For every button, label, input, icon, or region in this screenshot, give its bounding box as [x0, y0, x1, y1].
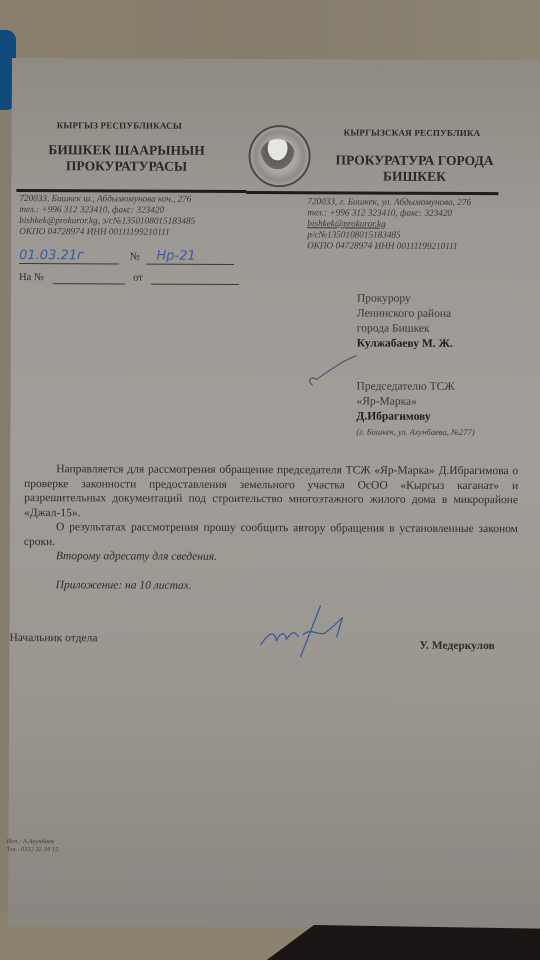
executor-footer: Исп.: А.Акунбаев Тел.: 0312 32 34 15	[7, 838, 59, 854]
header-divider-right	[246, 191, 498, 195]
on-no-label: На №	[19, 272, 44, 283]
letterhead-left-org-line1: БИШКЕК ШААРЫНЫН	[42, 142, 212, 159]
letterhead-left-country: КЫРГЫЗ РЕСПУБЛИКАСЫ	[57, 120, 182, 131]
attachment-note: Приложение: на 10 листах.	[24, 578, 518, 595]
signatory-position: Начальник отдела	[9, 632, 97, 644]
address-line: тел.: +996 312 323410, факс: 323420	[19, 204, 195, 216]
address-line: ОКПО 04728974 ИНН 00111199210111	[307, 240, 471, 252]
email-link: bishkek@prokuror.kg	[307, 218, 385, 228]
recipient-line: Председателю ТСЖ	[357, 380, 475, 396]
state-emblem-icon	[248, 125, 310, 187]
address-line: 720033, Бишкек ш., Абдымомунова коч., 27…	[19, 193, 195, 205]
letterhead-right-org-line1: ПРОКУРАТУРА ГОРОДА	[330, 152, 500, 169]
date-field: 01.03.21г	[19, 248, 119, 264]
handwritten-number: Нр-21	[156, 249, 195, 264]
recipient-line: Прокурору	[357, 292, 453, 307]
signatory-name: У. Медеркулов	[419, 640, 494, 652]
from-label: от	[133, 273, 143, 284]
reference-outgoing: 01.03.21г № Нр-21	[19, 248, 234, 265]
letterhead-right-org-line2: БИШКЕК	[329, 168, 499, 185]
address-line: bishkek@prokuror.kg, э/с№135010801518348…	[19, 215, 195, 227]
recipient-line: города Бишкек	[357, 322, 453, 337]
handwritten-check-mark	[301, 351, 361, 391]
body-paragraph: О результатах рассмотрения прошу сообщит…	[24, 520, 518, 551]
body-paragraph-note: Второму адресату для сведения.	[24, 549, 518, 566]
address-line: тел.: +996 312 323410, факс: 323420	[307, 207, 471, 219]
executor-phone: Тел.: 0312 32 34 15	[7, 846, 59, 854]
address-line: р/с№1350108015183485	[307, 229, 471, 241]
letterhead-left-org-line2: ПРОКУРАТУРАСЫ	[41, 158, 211, 175]
letter-body: Направляется для рассмотрения обращение …	[24, 462, 519, 594]
number-field: Нр-21	[146, 249, 234, 265]
on-no-field	[53, 272, 125, 284]
recipient-line: «Яр-Марка»	[356, 395, 474, 411]
letterhead-right-address: 720033, г. Бишкек, ул. Абдымомунова, 276…	[307, 196, 471, 252]
handwritten-signature	[254, 599, 349, 659]
address-line: 720033, г. Бишкек, ул. Абдымомунова, 276	[307, 196, 471, 208]
recipient-2: Председателю ТСЖ «Яр-Марка» Д.Ибрагимову…	[356, 380, 474, 441]
reference-incoming: На № от	[19, 272, 240, 285]
address-line: ОКПО 04728974 ИНН 00111199210111	[19, 226, 195, 238]
body-paragraph: Направляется для рассмотрения обращение …	[24, 462, 518, 522]
number-label: №	[130, 252, 140, 263]
handwritten-date: 01.03.21г	[19, 248, 84, 263]
recipient-1: Прокурору Ленинского района города Бишке…	[357, 292, 453, 352]
document-page: КЫРГЫЗ РЕСПУБЛИКАСЫ БИШКЕК ШААРЫНЫН ПРОК…	[8, 58, 540, 928]
letterhead-right-country: КЫРГЫЗСКАЯ РЕСПУБЛИКА	[344, 127, 481, 138]
from-field	[151, 273, 239, 285]
letterhead-right-org: ПРОКУРАТУРА ГОРОДА БИШКЕК	[329, 152, 499, 185]
recipient-name: Кулжабаеву М. Ж.	[357, 338, 453, 350]
letterhead-left-org: БИШКЕК ШААРЫНЫН ПРОКУРАТУРАСЫ	[41, 142, 211, 175]
recipient-line: Ленинского района	[357, 307, 453, 322]
recipient-name: Д.Ибрагимову	[356, 411, 430, 423]
address-line-email: bishkek@prokuror.kg	[307, 218, 471, 230]
letterhead-left-address: 720033, Бишкек ш., Абдымомунова коч., 27…	[19, 193, 195, 238]
recipient-address: (г. Бишкек, ул. Ахунбаева, №277)	[356, 425, 474, 441]
executor-name: Исп.: А.Акунбаев	[7, 838, 59, 846]
